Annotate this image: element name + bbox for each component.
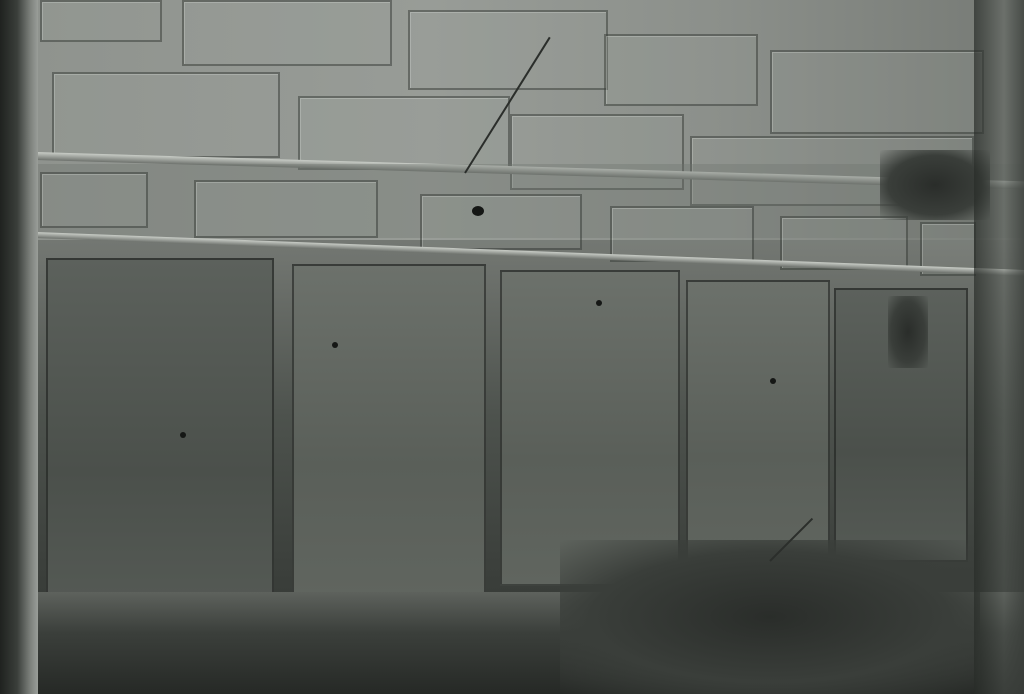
upper-panel <box>770 50 984 134</box>
wall-photograph <box>0 0 1024 694</box>
plaster-patch <box>888 296 928 368</box>
dado-panel <box>500 270 680 586</box>
upper-panel <box>52 72 280 158</box>
frieze-panel <box>194 180 378 238</box>
dado-panel <box>292 264 486 598</box>
dado-panel <box>686 280 830 574</box>
upper-panel <box>408 10 608 90</box>
nail-hole <box>180 432 186 438</box>
plaster-loss <box>560 540 980 694</box>
upper-panel <box>604 34 758 106</box>
frieze-panel <box>420 194 582 250</box>
upper-panel <box>182 0 392 66</box>
nail-hole <box>472 206 484 216</box>
nail-hole <box>770 378 776 384</box>
dado-panel <box>46 258 274 614</box>
frieze-panel <box>610 206 754 262</box>
upper-panel <box>298 96 510 170</box>
frieze-panel <box>40 172 148 228</box>
right-corner-wall <box>974 0 1024 694</box>
upper-panel <box>40 0 162 42</box>
nail-hole <box>596 300 602 306</box>
nail-hole <box>332 342 338 348</box>
left-pilaster <box>0 0 38 694</box>
